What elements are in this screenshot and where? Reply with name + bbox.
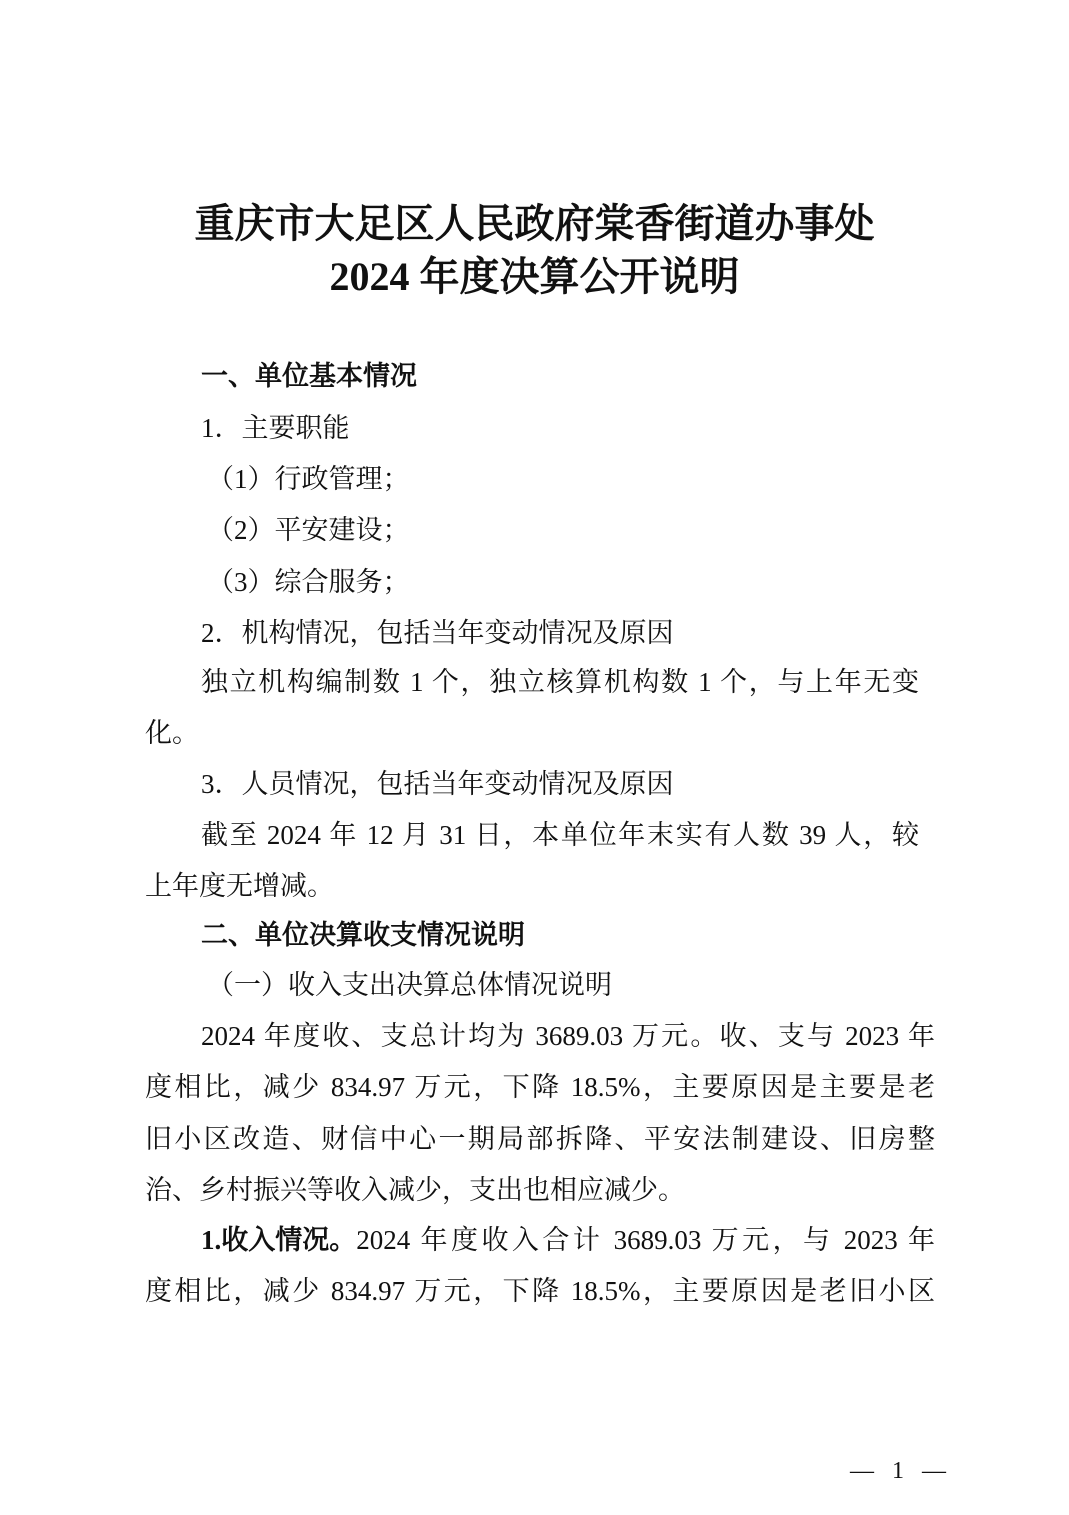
section2-heading: 二、单位决算收支情况说明 [201,913,525,952]
function-item-2: （2）平安建设； [207,508,410,547]
income-label: 1.收入情况。 [201,1218,356,1257]
item3-text-line1: 截至 2024 年 12 月 31 日，本单位年末实有人数 39 人，较 [201,813,919,852]
para1-line4: 治、乡村振兴等收入减少，支出也相应减少。 [145,1168,685,1207]
function-item-3: （3）综合服务； [207,560,410,599]
item2-text-line1: 独立机构编制数 1 个，独立核算机构数 1 个，与上年无变 [201,660,919,699]
page-number: — 1 — [850,1458,952,1485]
item2-text-line2: 化。 [145,711,199,750]
para1-line3: 旧小区改造、财信中心一期局部拆降、平安法制建设、旧房整 [145,1117,935,1156]
income-line2: 度相比，减少 834.97 万元，下降 18.5%，主要原因是老旧小区 [145,1269,935,1308]
function-item-1: （1）行政管理； [207,457,410,496]
sub1-heading: （一）收入支出决算总体情况说明 [207,963,612,1002]
item3-text-line2: 上年度无增减。 [145,864,334,903]
item2-heading: 2．机构情况，包括当年变动情况及原因 [201,611,674,650]
section1-heading: 一、单位基本情况 [201,354,417,393]
para1-line2: 度相比，减少 834.97 万元，下降 18.5%，主要原因是主要是老 [145,1065,935,1104]
item1-heading: 1．主要职能 [201,406,350,445]
income-line1-text: 2024 年度收入合计 3689.03 万元，与 2023 年 [356,1218,935,1257]
income-line1: 1.收入情况。 2024 年度收入合计 3689.03 万元，与 2023 年 [201,1218,935,1257]
para1-line1: 2024 年度收、支总计均为 3689.03 万元。收、支与 2023 年 [201,1014,935,1053]
item3-heading: 3．人员情况，包括当年变动情况及原因 [201,762,674,801]
document-title-line1: 重庆市大足区人民政府棠香街道办事处 [0,192,1069,249]
document-title-line2: 2024 年度决算公开说明 [0,245,1069,302]
